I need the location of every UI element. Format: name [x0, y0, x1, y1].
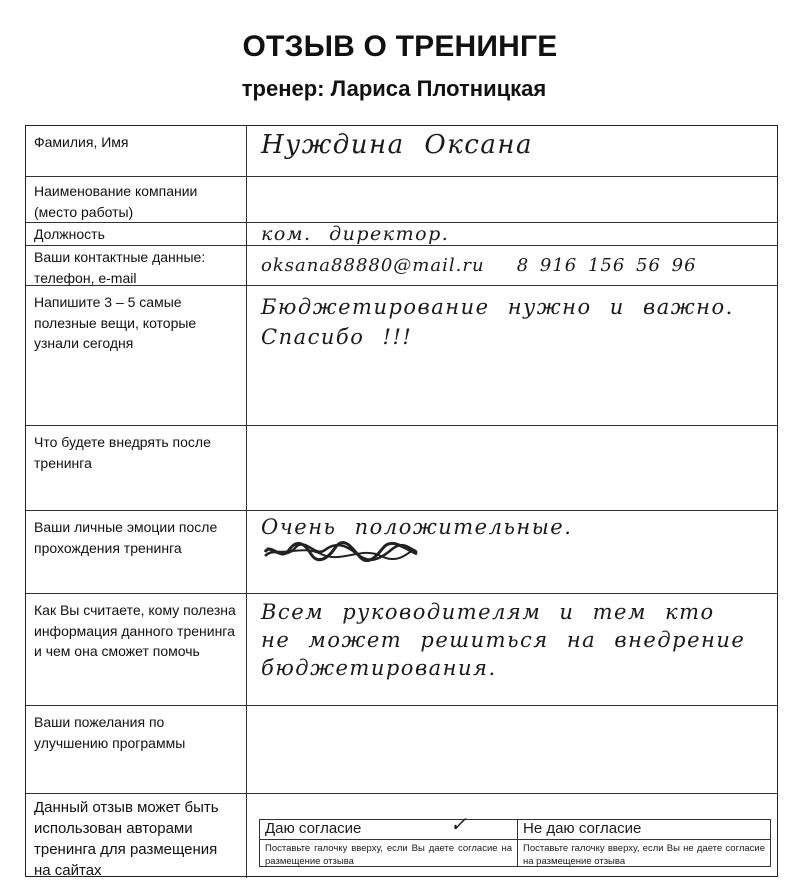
consent-disagree-hint: Поставьте галочку вверху, если Вы не дае… — [518, 840, 770, 868]
row-position: Должность ком. директор. — [26, 223, 777, 246]
label-contacts: Ваши контактные данные: телефон, e-mail — [26, 246, 247, 285]
value-full-name[interactable]: Нуждина Оксана — [247, 126, 777, 176]
label-who-benefits: Как Вы считаете, кому полезна информация… — [26, 594, 247, 705]
row-suggestions: Ваши пожелания по улучшению программы — [26, 706, 777, 794]
row-contacts: Ваши контактные данные: телефон, e-mail … — [26, 246, 777, 286]
row-implement: Что будете внедрять после тренинга — [26, 426, 777, 511]
value-company[interactable] — [247, 177, 777, 222]
row-emotions: Ваши личные эмоции после прохождения тре… — [26, 511, 777, 594]
value-implement[interactable] — [247, 426, 777, 510]
consent-agree-label: Даю согласие — [265, 820, 361, 837]
consent-table: Даю согласие ✓ Поставьте галочку вверху,… — [259, 819, 771, 867]
label-position: Должность — [26, 223, 247, 245]
row-publish-consent: Данный отзыв может быть использован авто… — [26, 794, 777, 878]
label-implement: Что будете внедрять после тренинга — [26, 426, 247, 510]
label-company: Наименование компании (место работы) — [26, 177, 247, 222]
row-full-name: Фамилия, Имя Нуждина Оксана — [26, 126, 777, 177]
label-useful-things: Напишите 3 – 5 самые полезные вещи, кото… — [26, 286, 247, 425]
label-full-name: Фамилия, Имя — [26, 126, 247, 176]
value-contacts[interactable]: oksana88880@mail.ru 8 916 156 56 96 — [247, 246, 777, 285]
feedback-form-table: Фамилия, Имя Нуждина Оксана Наименование… — [25, 125, 778, 877]
page-title: ОТЗЫВ О ТРЕНИНГЕ — [0, 30, 800, 64]
value-publish-consent: Даю согласие ✓ Поставьте галочку вверху,… — [247, 794, 777, 878]
label-publish-consent: Данный отзыв может быть использован авто… — [26, 794, 247, 878]
row-useful-things: Напишите 3 – 5 самые полезные вещи, кото… — [26, 286, 777, 426]
consent-disagree-label: Не даю согласие — [518, 820, 770, 840]
crossed-out-scribble — [261, 540, 421, 562]
value-emotions: Очень положительные. — [261, 515, 767, 540]
row-who-benefits: Как Вы считаете, кому полезна информация… — [26, 594, 777, 706]
value-who-benefits[interactable]: Всем руководителям и тем кто не может ре… — [247, 594, 777, 705]
value-position[interactable]: ком. директор. — [247, 223, 777, 245]
value-suggestions[interactable] — [247, 706, 777, 793]
row-company: Наименование компании (место работы) — [26, 177, 777, 223]
label-emotions: Ваши личные эмоции после прохождения тре… — [26, 511, 247, 593]
label-suggestions: Ваши пожелания по улучшению программы — [26, 706, 247, 793]
value-useful-things[interactable]: Бюджетирование нужно и важно. Спасибо !!… — [247, 286, 777, 425]
value-emotions-cell[interactable]: Очень положительные. — [247, 511, 777, 593]
checkmark-icon[interactable]: ✓ — [450, 815, 467, 833]
consent-disagree-option[interactable]: Не даю согласие Поставьте галочку вверху… — [518, 820, 770, 866]
trainer-subtitle: тренер: Лариса Плотницкая — [0, 76, 788, 102]
consent-agree-option[interactable]: Даю согласие ✓ Поставьте галочку вверху,… — [260, 820, 518, 866]
consent-agree-hint: Поставьте галочку вверху, если Вы даете … — [260, 840, 517, 868]
